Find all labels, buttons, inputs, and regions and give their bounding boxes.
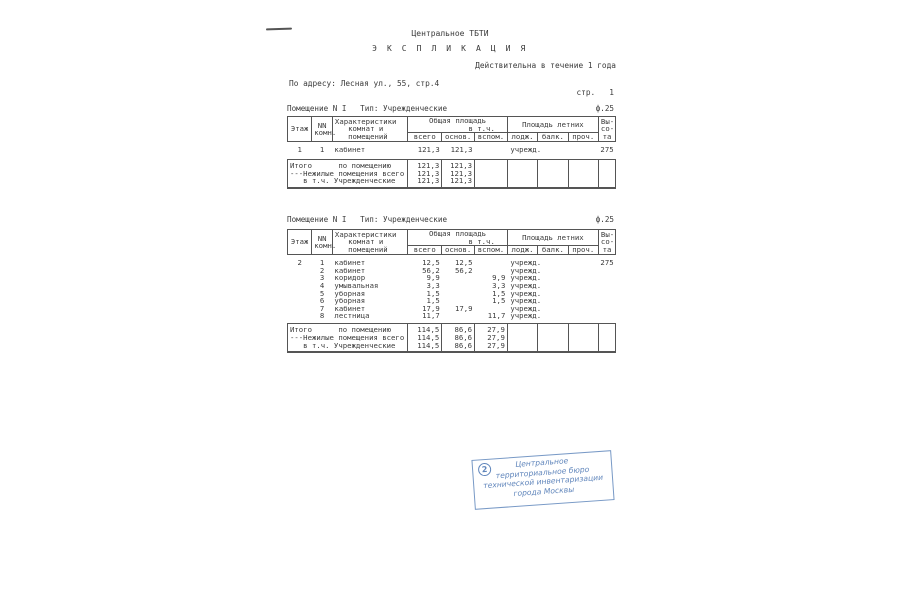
- organization-name: Центральное ТБТИ: [0, 29, 900, 38]
- floor-number: 1: [288, 142, 312, 154]
- col-main: основ.: [442, 246, 475, 255]
- col-height: Вы- со- та: [598, 230, 615, 255]
- col-total-area: Общая площадь в т.ч.: [408, 230, 508, 246]
- validity-note: Действительна в течение 1 года: [475, 61, 616, 70]
- floor-number: 2: [288, 255, 312, 320]
- col-balcony: балк.: [538, 133, 568, 142]
- col-summer-area: Площадь летних: [507, 117, 598, 133]
- cell-type: учрежд.: [510, 146, 566, 154]
- cell-aux: [477, 146, 506, 154]
- cell-nn: 1: [314, 146, 331, 154]
- header-row: Этаж NN комн. Характеристики комнат и по…: [288, 230, 616, 246]
- col-other: проч.: [568, 246, 598, 255]
- cell-name: кабинет: [334, 146, 405, 154]
- col-floor: Этаж: [288, 117, 312, 142]
- section-heading: Помещение N I Тип: Учрежденческие: [287, 215, 447, 224]
- cell-main: [444, 312, 473, 320]
- cell-total: 121,3: [410, 146, 440, 154]
- room-rows: 2 12345678 кабинеткабинеткоридорумывальн…: [288, 255, 616, 320]
- section-heading: Помещение N I Тип: Учрежденческие: [287, 104, 447, 113]
- col-total: всего: [408, 133, 442, 142]
- totals-aux: [475, 160, 508, 188]
- height-value: 275: [598, 142, 615, 154]
- col-main: основ.: [442, 133, 475, 142]
- col-aux: вспом.: [475, 246, 508, 255]
- explication-table: Этаж NN комн. Характеристики комнат и по…: [287, 116, 616, 189]
- document-title: Э К С П Л И К А Ц И Я: [0, 44, 900, 53]
- totals-aux: 27,9 27,9 27,9: [475, 324, 508, 352]
- totals-main: 121,3 121,3 121,3: [442, 160, 475, 188]
- col-nn: NN комн.: [312, 117, 333, 142]
- col-floor: Этаж: [288, 230, 312, 255]
- col-loggia: лодж.: [507, 133, 537, 142]
- cell-type: учрежд.: [510, 312, 566, 320]
- bti-stamp: 2 Центральное территориальное бюро техни…: [471, 450, 614, 510]
- col-height: Вы- со- та: [598, 117, 615, 142]
- form-code: ф.25: [596, 215, 614, 224]
- totals-total: 114,5 114,5 114,5: [408, 324, 442, 352]
- cell-aux: 11,7: [477, 312, 506, 320]
- col-summer-area: Площадь летних: [507, 230, 598, 246]
- totals-total: 121,3 121,3 121,3: [408, 160, 442, 188]
- height-value: 275: [598, 255, 615, 320]
- cell-nn: 8: [314, 312, 331, 320]
- col-balcony: балк.: [538, 246, 568, 255]
- col-other: проч.: [568, 133, 598, 142]
- col-characteristics: Характеристики комнат и помещений: [332, 117, 407, 142]
- header-row: Этаж NN комн. Характеристики комнат и по…: [288, 117, 616, 133]
- form-code: ф.25: [596, 104, 614, 113]
- col-characteristics: Характеристики комнат и помещений: [332, 230, 407, 255]
- page-number: стр. 1: [576, 88, 614, 97]
- cell-total: 11,7: [410, 312, 440, 320]
- col-aux: вспом.: [475, 133, 508, 142]
- cell-main: 121,3: [444, 146, 473, 154]
- room-rows: 1 1 кабинет 121,3 121,3 учрежд. 275: [288, 142, 616, 154]
- col-total-area: Общая площадь в т.ч.: [408, 117, 508, 133]
- totals-row: Итого по помещению ---Нежилые помещения …: [288, 324, 616, 352]
- totals-main: 86,6 86,6 86,6: [442, 324, 475, 352]
- address: По адресу: Лесная ул., 55, стр.4: [289, 79, 439, 88]
- col-nn: NN комн.: [312, 230, 333, 255]
- totals-row: Итого по помещению ---Нежилые помещения …: [288, 160, 616, 188]
- col-total: всего: [408, 246, 442, 255]
- stamp-text: Центральное территориальное бюро техниче…: [473, 453, 613, 501]
- cell-name: лестница: [334, 312, 405, 320]
- totals-label: Итого по помещению ---Нежилые помещения …: [288, 324, 408, 352]
- explication-table: Этаж NN комн. Характеристики комнат и по…: [287, 229, 616, 353]
- totals-label: Итого по помещению ---Нежилые помещения …: [288, 160, 408, 188]
- col-loggia: лодж.: [507, 246, 537, 255]
